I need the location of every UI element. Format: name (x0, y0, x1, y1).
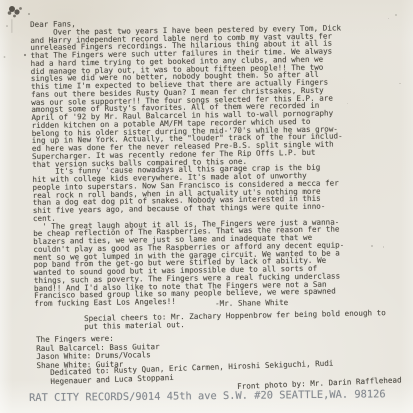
paper-speck (388, 18, 389, 19)
paper-speck (347, 103, 348, 104)
paper-speck (383, 246, 384, 248)
paper-speck (399, 83, 401, 84)
special-cheers-note: Special cheers to: Mr. Zachary Hoppenbro… (84, 309, 386, 331)
paper-speck (395, 14, 397, 16)
paper-speck (371, 245, 373, 247)
letter-signature: -Mr. Shane White (215, 299, 288, 308)
record-label-address-line: RAT CITY RECORDS/9014 45th ave S.W. #20 … (29, 389, 386, 404)
letter-body-text: Dear Fans, Over the past two years I hav… (30, 16, 345, 307)
scanned-letter-page: Dear Fans, Over the past two years I hav… (0, 0, 413, 413)
